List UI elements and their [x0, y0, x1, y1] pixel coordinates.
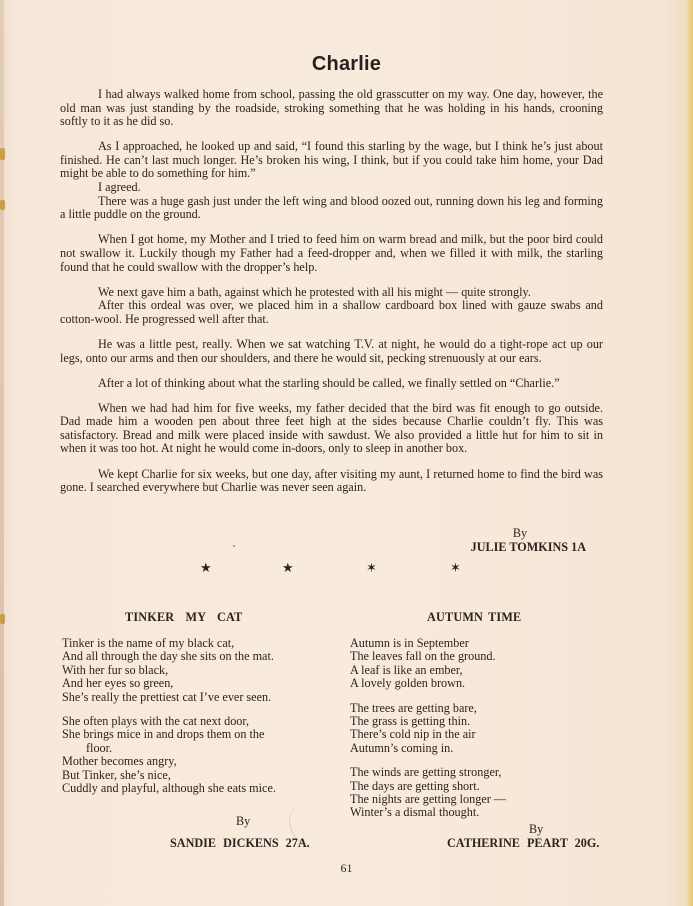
story-paragraph: There was a huge gash just under the lef… [60, 195, 603, 222]
poem-body-autumn: Autumn is in September The leaves fall o… [350, 637, 506, 831]
poem-by-autumn: By [529, 822, 543, 837]
star-icon: ✶ [450, 562, 461, 575]
poem-line: Autumn is in September [350, 637, 506, 650]
story-paragraph: We kept Charlie for six weeks, but one d… [60, 468, 603, 495]
story-paragraph: As I approached, he looked up and said, … [60, 140, 603, 181]
poem-line: Mother becomes angry, [62, 755, 276, 768]
poem-line: The leaves fall on the ground. [350, 650, 506, 663]
poem-body-tinker: Tinker is the name of my black cat, And … [62, 637, 276, 806]
story-paragraph: When I got home, my Mother and I tried t… [60, 233, 603, 274]
byline-author: JULIE TOMKINS 1A [430, 540, 600, 554]
binding-stain [0, 200, 5, 210]
poem-line: The trees are getting bare, [350, 702, 506, 715]
story-body: I had always walked home from school, pa… [60, 88, 603, 506]
poem-line: Cuddly and playful, although she eats mi… [62, 782, 276, 795]
poem-line: The winds are getting stronger, [350, 766, 506, 779]
star-icon: ★ [200, 562, 212, 575]
poem-line: And all through the day she sits on the … [62, 650, 276, 663]
poem-by-tinker: By [236, 814, 250, 829]
poem-line: There’s cold nip in the air [350, 728, 506, 741]
story-paragraph: I had always walked home from school, pa… [60, 88, 603, 129]
byline-by: By [430, 526, 600, 540]
poem-line: She’s really the prettiest cat I’ve ever… [62, 691, 276, 704]
poem-title-tinker: TINKER MY CAT [125, 610, 242, 625]
page-number: 61 [0, 861, 693, 876]
poem-line: She brings mice in and drops them on the [62, 728, 276, 741]
poem-author-autumn: CATHERINE PEART 20G. [447, 836, 599, 851]
story-paragraph: After this ordeal was over, we placed hi… [60, 299, 603, 326]
poem-title-autumn: AUTUMN TIME [427, 610, 521, 625]
poem-line: The nights are getting longer — [350, 793, 506, 806]
poem-author-tinker: SANDIE DICKENS 27A. [170, 836, 310, 851]
poem-line: Autumn’s coming in. [350, 742, 506, 755]
poem-stanza: The winds are getting stronger, The days… [350, 766, 506, 820]
poem-line: A leaf is like an ember, [350, 664, 506, 677]
story-paragraph: We next gave him a bath, against which h… [60, 286, 603, 300]
poem-stanza: The trees are getting bare, The grass is… [350, 702, 506, 756]
story-byline: By JULIE TOMKINS 1A [430, 526, 600, 554]
poem-stanza: Tinker is the name of my black cat, And … [62, 637, 276, 704]
star-icon: ★ [282, 562, 294, 575]
poem-line: The days are getting short. [350, 780, 506, 793]
story-paragraph: After a lot of thinking about what the s… [60, 377, 603, 391]
poem-line: She often plays with the cat next door, [62, 715, 276, 728]
poem-line: But Tinker, she’s nice, [62, 769, 276, 782]
poem-stanza: Autumn is in September The leaves fall o… [350, 637, 506, 691]
poem-stanza: She often plays with the cat next door, … [62, 715, 276, 795]
print-speck [233, 545, 235, 547]
binding-stain [0, 614, 5, 624]
binding-stain [0, 148, 5, 160]
poem-line: The grass is getting thin. [350, 715, 506, 728]
story-title: Charlie [0, 53, 693, 76]
story-paragraph: When we had had him for five weeks, my f… [60, 402, 603, 456]
poem-line: With her fur so black, [62, 664, 276, 677]
poem-line: And her eyes so green, [62, 677, 276, 690]
poem-line: Winter’s a dismal thought. [350, 806, 506, 819]
story-paragraph: I agreed. [60, 181, 603, 195]
poem-line: A lovely golden brown. [350, 677, 506, 690]
story-paragraph: He was a little pest, really. When we sa… [60, 338, 603, 365]
poem-line: Tinker is the name of my black cat, [62, 637, 276, 650]
poem-line: floor. [62, 742, 276, 755]
star-icon: ✶ [366, 562, 377, 575]
page-binding-edge [0, 0, 4, 906]
